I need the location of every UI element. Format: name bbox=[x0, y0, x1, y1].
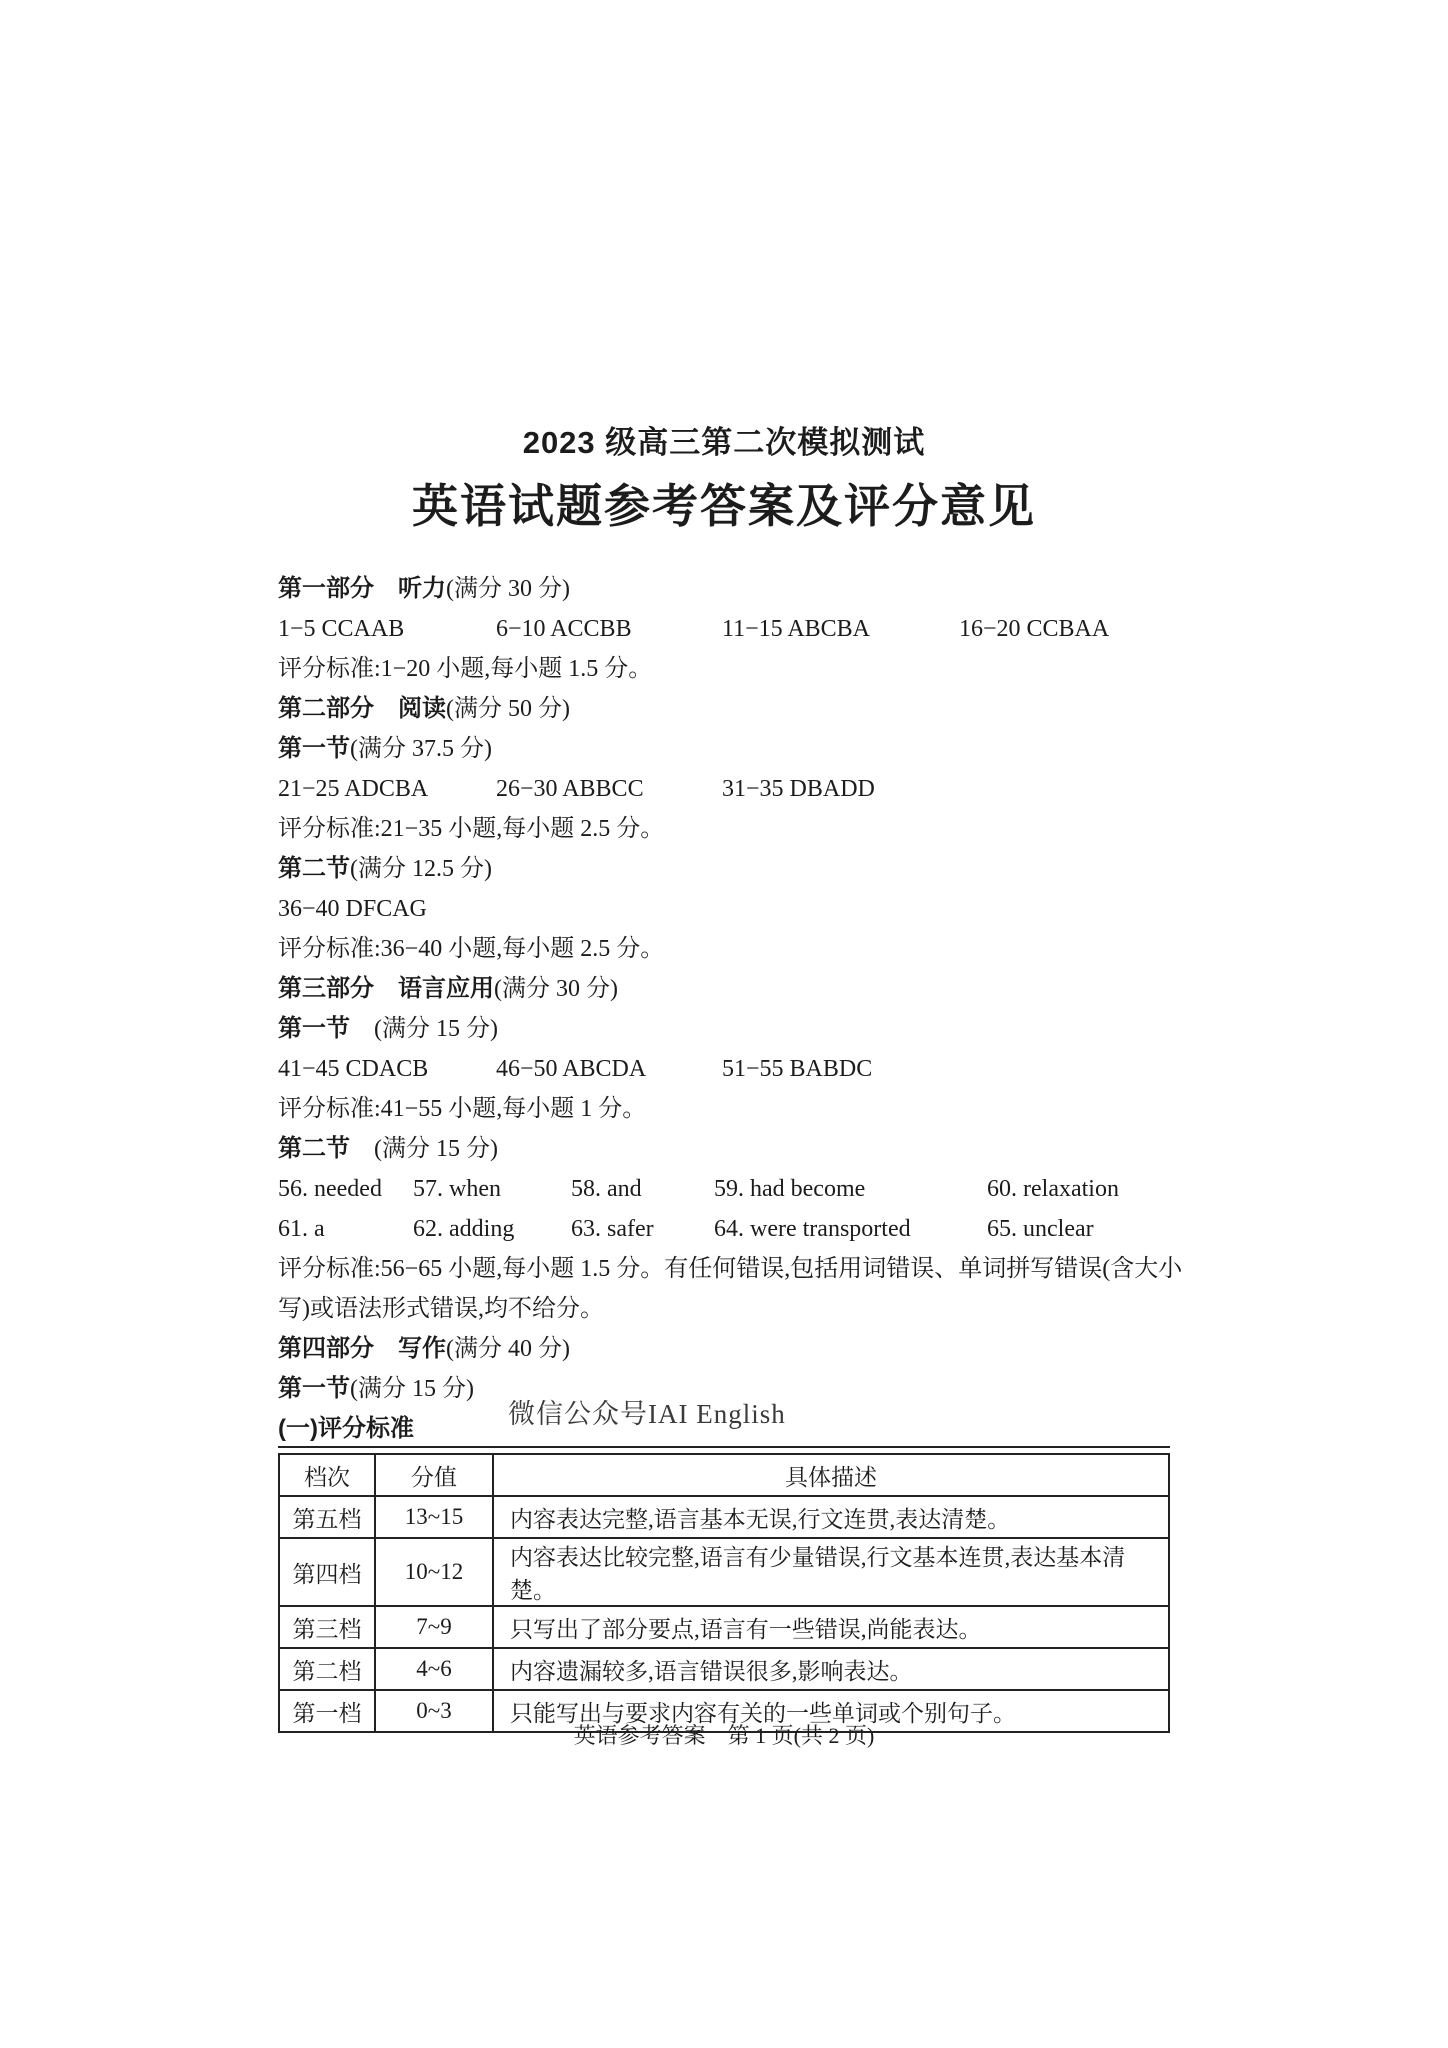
desc-cell: 内容表达完整,语言基本无误,行文连贯,表达清楚。 bbox=[493, 1496, 1169, 1538]
part2-section1-answer-row: 21−25 ADCBA 26−30 ABBCC 31−35 DBADD bbox=[278, 769, 1172, 809]
answer-group: 26−30 ABBCC bbox=[496, 769, 722, 809]
answer-group: 16−20 CCBAA bbox=[959, 609, 1172, 649]
table-row: 第二档 4~6 内容遗漏较多,语言错误很多,影响表达。 bbox=[279, 1648, 1169, 1690]
part3-section1-score: (满分 15 分) bbox=[350, 1016, 498, 1042]
answer-key-page: 2023 级高三第二次模拟测试 英语试题参考答案及评分意见 第一部分 听力(满分… bbox=[0, 0, 1448, 2048]
part3-heading: 第三部分 语言应用(满分 30 分) bbox=[278, 969, 1172, 1009]
desc-cell: 内容表达比较完整,语言有少量错误,行文基本连贯,表达基本清楚。 bbox=[493, 1538, 1169, 1606]
answer-body: 第一部分 听力(满分 30 分) 1−5 CCAAB 6−10 ACCBB 11… bbox=[278, 569, 1172, 1449]
level-cell: 第五档 bbox=[279, 1496, 375, 1538]
part2-section2-score: (满分 12.5 分) bbox=[350, 856, 492, 882]
answer-group: 31−35 DBADD bbox=[722, 769, 1172, 809]
page-title: 英语试题参考答案及评分意见 bbox=[0, 480, 1448, 532]
part3-section1-answer-row: 41−45 CDACB 46−50 ABCDA 51−55 BABDC bbox=[278, 1049, 1172, 1089]
header-level: 档次 bbox=[279, 1454, 375, 1496]
part2-section2-bold: 第二节 bbox=[278, 855, 350, 882]
wechat-watermark: 微信公众号IAI English bbox=[508, 1392, 786, 1431]
answer-group: 1−5 CCAAB bbox=[278, 609, 496, 649]
table-row: 第三档 7~9 只写出了部分要点,语言有一些错误,尚能表达。 bbox=[279, 1606, 1169, 1648]
part2-section2-answer-row: 36−40 DFCAG bbox=[278, 889, 1172, 929]
part4-heading: 第四部分 写作(满分 40 分) bbox=[278, 1329, 1172, 1369]
part2-section2-criteria: 评分标准:36−40 小题,每小题 2.5 分。 bbox=[278, 929, 1172, 969]
table-header-row: 档次 分值 具体描述 bbox=[279, 1454, 1169, 1496]
part3-section1-heading: 第一节 (满分 15 分) bbox=[278, 1009, 1172, 1049]
table-row: 第五档 13~15 内容表达完整,语言基本无误,行文连贯,表达清楚。 bbox=[279, 1496, 1169, 1538]
part4-heading-score: (满分 40 分) bbox=[446, 1336, 570, 1362]
part3-heading-bold: 第三部分 语言应用 bbox=[278, 975, 494, 1002]
part1-heading-bold: 第一部分 听力 bbox=[278, 575, 446, 602]
exam-subtitle: 2023 级高三第二次模拟测试 bbox=[0, 424, 1448, 462]
part3-heading-score: (满分 30 分) bbox=[494, 976, 618, 1002]
answer-item: 62. adding bbox=[413, 1209, 571, 1249]
answer-group: 6−10 ACCBB bbox=[496, 609, 722, 649]
part3-section1-criteria: 评分标准:41−55 小题,每小题 1 分。 bbox=[278, 1089, 1172, 1129]
answer-item: 60. relaxation bbox=[987, 1169, 1172, 1209]
page-footer: 英语参考答案 第 1 页(共 2 页) bbox=[0, 1722, 1448, 1750]
part2-section1-score: (满分 37.5 分) bbox=[350, 736, 492, 762]
header-desc: 具体描述 bbox=[493, 1454, 1169, 1496]
score-cell: 10~12 bbox=[375, 1538, 493, 1606]
part3-section2-criteria-line1: 评分标准:56−65 小题,每小题 1.5 分。有任何错误,包括用词错误、单词拼… bbox=[278, 1249, 1172, 1289]
answer-item: 61. a bbox=[278, 1209, 413, 1249]
desc-cell: 只写出了部分要点,语言有一些错误,尚能表达。 bbox=[493, 1606, 1169, 1648]
level-cell: 第四档 bbox=[279, 1538, 375, 1606]
answer-item: 57. when bbox=[413, 1169, 571, 1209]
part2-section1-bold: 第一节 bbox=[278, 735, 350, 762]
part3-section2-answer-row2: 61. a 62. adding 63. safer 64. were tran… bbox=[278, 1209, 1172, 1249]
part1-heading: 第一部分 听力(满分 30 分) bbox=[278, 569, 1172, 609]
answer-group: 11−15 ABCBA bbox=[722, 609, 959, 649]
part3-section1-bold: 第一节 bbox=[278, 1015, 350, 1042]
header-score: 分值 bbox=[375, 1454, 493, 1496]
rubric-table: 档次 分值 具体描述 第五档 13~15 内容表达完整,语言基本无误,行文连贯,… bbox=[278, 1453, 1170, 1733]
part3-section2-bold: 第二节 bbox=[278, 1135, 350, 1162]
answer-item: 64. were transported bbox=[714, 1209, 987, 1249]
part4-section1-bold: 第一节 bbox=[278, 1375, 350, 1402]
answer-item: 59. had become bbox=[714, 1169, 987, 1209]
answer-item: 65. unclear bbox=[987, 1209, 1172, 1249]
level-cell: 第三档 bbox=[279, 1606, 375, 1648]
part1-heading-score: (满分 30 分) bbox=[446, 576, 570, 602]
score-cell: 4~6 bbox=[375, 1648, 493, 1690]
part2-heading: 第二部分 阅读(满分 50 分) bbox=[278, 689, 1172, 729]
part2-section1-heading: 第一节(满分 37.5 分) bbox=[278, 729, 1172, 769]
answer-group: 41−45 CDACB bbox=[278, 1049, 496, 1089]
rubric-table-wrap: 档次 分值 具体描述 第五档 13~15 内容表达完整,语言基本无误,行文连贯,… bbox=[278, 1446, 1170, 1733]
level-cell: 第二档 bbox=[279, 1648, 375, 1690]
part2-heading-bold: 第二部分 阅读 bbox=[278, 695, 446, 722]
desc-cell: 内容遗漏较多,语言错误很多,影响表达。 bbox=[493, 1648, 1169, 1690]
part3-section2-criteria-line2: 写)或语法形式错误,均不给分。 bbox=[278, 1289, 1172, 1329]
part2-section2-heading: 第二节(满分 12.5 分) bbox=[278, 849, 1172, 889]
part4-section1-score: (满分 15 分) bbox=[350, 1376, 474, 1402]
table-row: 第四档 10~12 内容表达比较完整,语言有少量错误,行文基本连贯,表达基本清楚… bbox=[279, 1538, 1169, 1606]
answer-item: 58. and bbox=[571, 1169, 714, 1209]
part1-answer-row: 1−5 CCAAB 6−10 ACCBB 11−15 ABCBA 16−20 C… bbox=[278, 609, 1172, 649]
score-cell: 13~15 bbox=[375, 1496, 493, 1538]
part3-section2-score: (满分 15 分) bbox=[350, 1136, 498, 1162]
part3-section2-heading: 第二节 (满分 15 分) bbox=[278, 1129, 1172, 1169]
score-cell: 7~9 bbox=[375, 1606, 493, 1648]
answer-group: 51−55 BABDC bbox=[722, 1049, 1172, 1089]
rubric-label-text: (一)评分标准 bbox=[278, 1415, 414, 1442]
answer-group: 21−25 ADCBA bbox=[278, 769, 496, 809]
part3-section2-answer-row1: 56. needed 57. when 58. and 59. had beco… bbox=[278, 1169, 1172, 1209]
answer-item: 56. needed bbox=[278, 1169, 413, 1209]
answer-item: 63. safer bbox=[571, 1209, 714, 1249]
part2-heading-score: (满分 50 分) bbox=[446, 696, 570, 722]
part1-criteria: 评分标准:1−20 小题,每小题 1.5 分。 bbox=[278, 649, 1172, 689]
answer-group: 46−50 ABCDA bbox=[496, 1049, 722, 1089]
part4-heading-bold: 第四部分 写作 bbox=[278, 1335, 446, 1362]
title-block: 2023 级高三第二次模拟测试 英语试题参考答案及评分意见 bbox=[0, 424, 1448, 532]
part2-section1-criteria: 评分标准:21−35 小题,每小题 2.5 分。 bbox=[278, 809, 1172, 849]
